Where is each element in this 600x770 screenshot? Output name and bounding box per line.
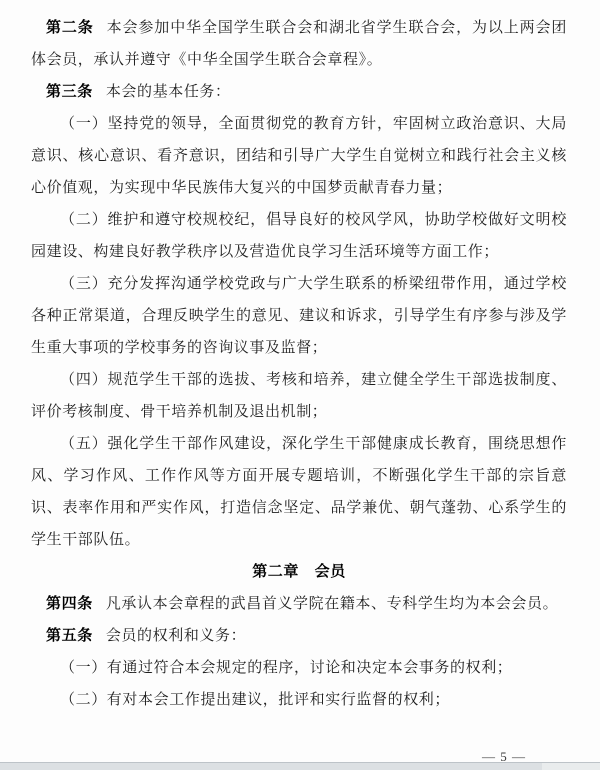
article-paragraph: 第二条本会参加中华全国学生联合会和湖北省学生联合会，为以上两会团体会员，承认并遵… — [31, 12, 567, 76]
list-item-paragraph: （四）规范学生干部的选拔、考核和培养，建立健全学生干部选拔制度、评价考核制度、骨… — [31, 364, 567, 428]
chapter-heading: 第二章 会员 — [31, 556, 567, 588]
bottom-bar — [0, 762, 600, 770]
list-item-paragraph: （一）有通过符合本会规定的程序，讨论和决定本会事务的权利； — [31, 652, 567, 684]
article-number-label: 第四条 — [46, 596, 93, 612]
article-paragraph: 第五条会员的权利和义务： — [31, 620, 567, 652]
article-number-label: 第二条 — [46, 20, 94, 36]
article-number-label: 第五条 — [46, 628, 93, 644]
list-item-paragraph: （一）坚持党的领导，全面贯彻党的教育方针，牢固树立政治意识、大局意识、核心意识、… — [31, 108, 567, 204]
bottom-bar-right-segment — [542, 763, 600, 770]
article-number-label: 第三条 — [46, 84, 93, 100]
list-item-paragraph: （三）充分发挥沟通学校党政与广大学生联系的桥梁纽带作用，通过学校各种正常渠道，合… — [31, 268, 567, 364]
document-page: 第二条本会参加中华全国学生联合会和湖北省学生联合会，为以上两会团体会员，承认并遵… — [0, 0, 600, 770]
list-item-paragraph: （二）维护和遵守校规校纪，倡导良好的校风学风，协助学校做好文明校园建设、构建良好… — [31, 204, 567, 268]
list-item-paragraph: （二）有对本会工作提出建议，批评和实行监督的权利； — [31, 684, 567, 716]
article-paragraph: 第三条本会的基本任务： — [31, 76, 567, 108]
article-paragraph: 第四条凡承认本会章程的武昌首义学院在籍本、专科学生均为本会会员。 — [31, 588, 567, 620]
document-content: 第二条本会参加中华全国学生联合会和湖北省学生联合会，为以上两会团体会员，承认并遵… — [31, 12, 567, 716]
list-item-paragraph: （五）强化学生干部作风建设，深化学生干部健康成长教育，围绕思想作风、学习作风、工… — [31, 428, 567, 556]
